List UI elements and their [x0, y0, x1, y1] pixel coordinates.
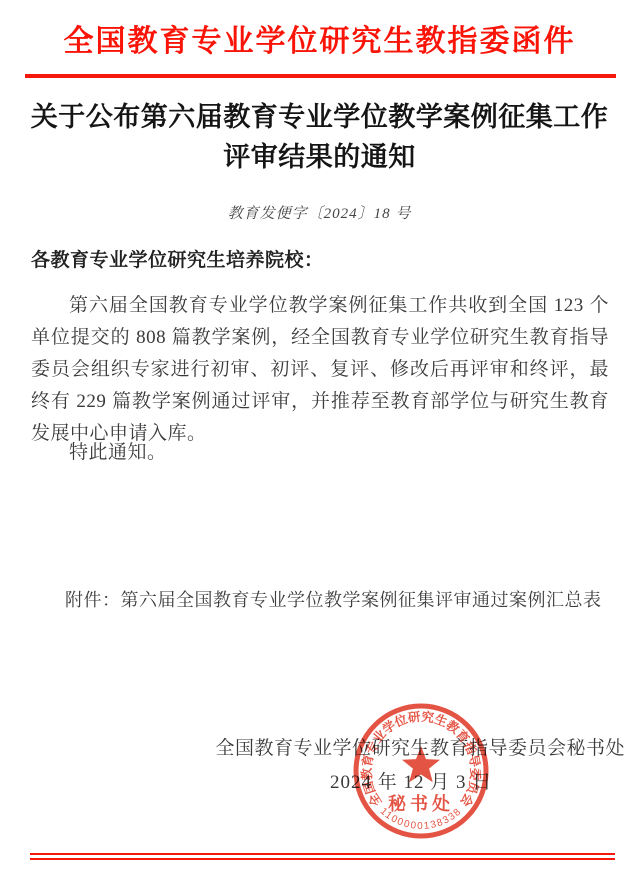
footer-double-line	[30, 853, 615, 860]
notice-title-line1: 关于公布第六届教育专业学位教学案例征集工作	[0, 97, 639, 137]
notice-title: 关于公布第六届教育专业学位教学案例征集工作 评审结果的通知	[0, 97, 639, 177]
official-notice-page: 全国教育专业学位研究生教指委函件 关于公布第六届教育专业学位教学案例征集工作 评…	[0, 0, 639, 877]
notice-title-line2: 评审结果的通知	[0, 137, 639, 177]
letterhead-divider-line	[25, 74, 616, 78]
seal-center-label: 秘书处	[388, 793, 454, 814]
issuing-organization: 全国教育专业学位研究生教育指导委员会秘书处	[215, 733, 625, 760]
document-reference-number: 教育发便字〔2024〕18 号	[0, 202, 639, 223]
issue-date: 2024 年 12 月 3 日	[330, 767, 492, 794]
attachment-line: 附件：第六届全国教育专业学位教学案例征集评审通过案例汇总表	[65, 586, 619, 612]
body-paragraph: 第六届全国教育专业学位教学案例征集工作共收到全国 123 个单位提交的 808 …	[31, 290, 609, 450]
seal-serial-number: 1100000138338	[378, 806, 464, 832]
letterhead-banner: 全国教育专业学位研究生教指委函件	[0, 16, 639, 60]
salutation: 各教育专业学位研究生培养院校：	[31, 245, 324, 272]
closing-phrase: 特此通知。	[31, 437, 609, 469]
